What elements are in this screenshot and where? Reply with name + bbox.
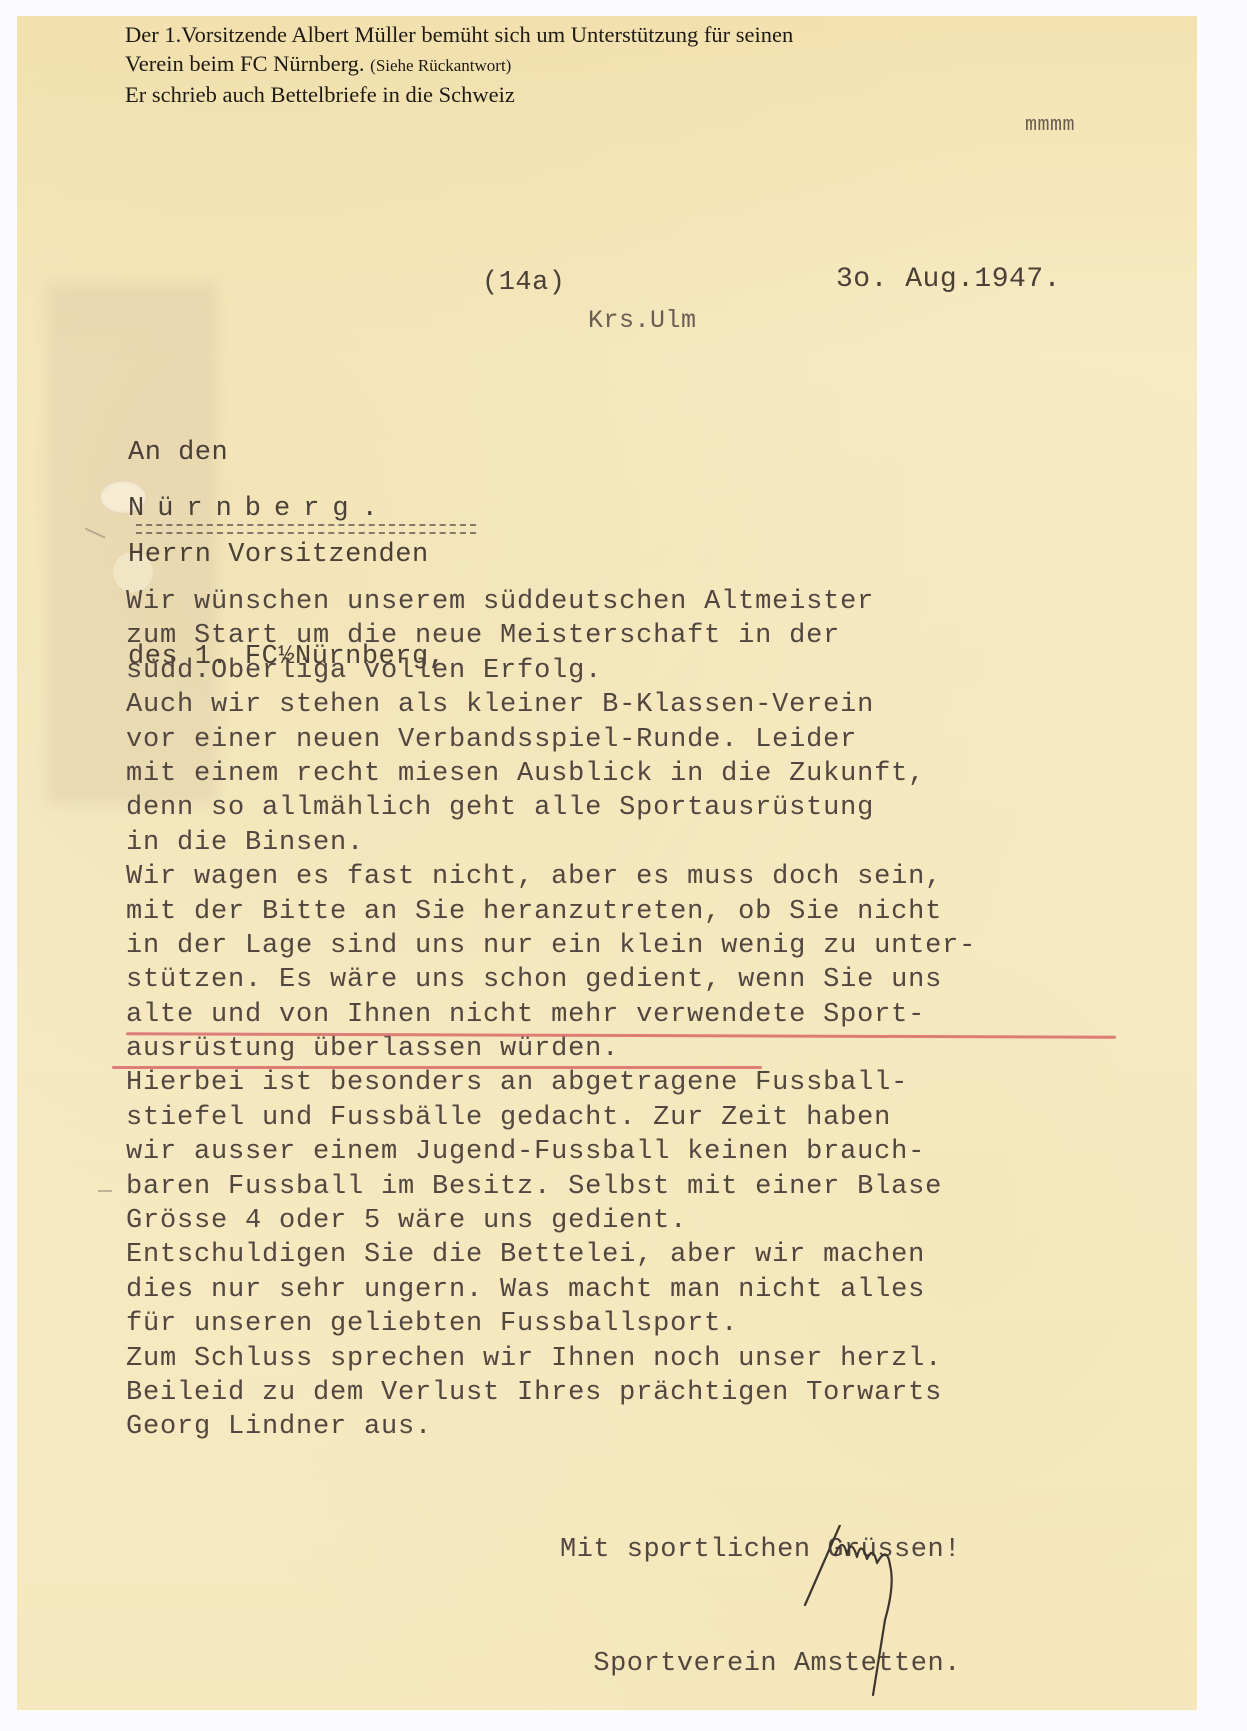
- initials-mark: mmmm: [1025, 114, 1075, 137]
- caption-reply-note: (Siehe Rückantwort): [370, 56, 511, 75]
- red-underline: [112, 1066, 762, 1069]
- body-line: mit der Bitte an Sie heranzutreten, ob S…: [126, 895, 976, 929]
- recipient-city: Nürnberg.: [128, 494, 391, 524]
- body-line: zum Start um die neue Meisterschaft in d…: [126, 619, 976, 653]
- body-line: Grösse 4 oder 5 wäre uns gedient.: [126, 1204, 976, 1238]
- city-double-underline: [136, 524, 476, 534]
- body-line: Beileid zu dem Verlust Ihres prächtigen …: [126, 1376, 976, 1410]
- body-line: vor einer neuen Verbandsspiel-Runde. Lei…: [126, 723, 976, 757]
- body-line: Zum Schluss sprechen wir Ihnen noch unse…: [126, 1342, 976, 1376]
- body-line: südd.Oberliga vollen Erfolg.: [126, 654, 976, 688]
- district: Krs.Ulm: [588, 306, 697, 335]
- letter-body: Wir wünschen unserem süddeutschen Altmei…: [126, 585, 976, 1445]
- address-line: Herrn Vorsitzenden: [128, 538, 445, 572]
- letter-date: 3o. Aug.1947.: [836, 264, 1061, 295]
- body-line: baren Fussball im Besitz. Selbst mit ein…: [126, 1170, 976, 1204]
- postcode: (14a): [482, 268, 566, 298]
- margin-tick: [98, 1190, 112, 1192]
- caption-line-1: Der 1.Vorsitzende Albert Müller bemüht s…: [125, 20, 793, 49]
- handwritten-signature: [795, 1525, 955, 1725]
- body-line: wir ausser einem Jugend-Fussball keinen …: [126, 1135, 976, 1169]
- body-line: stiefel und Fussbälle gedacht. Zur Zeit …: [126, 1101, 976, 1135]
- body-line: Georg Lindner aus.: [126, 1410, 976, 1444]
- body-line: Auch wir stehen als kleiner B-Klassen-Ve…: [126, 688, 976, 722]
- body-line: denn so allmählich geht alle Sportausrüs…: [126, 791, 976, 825]
- caption-line-3: Er schrieb auch Bettelbriefe in die Schw…: [125, 80, 793, 109]
- body-line: mit einem recht miesen Ausblick in die Z…: [126, 757, 976, 791]
- body-line: Wir wagen es fast nicht, aber es muss do…: [126, 860, 976, 894]
- body-line: für unseren geliebten Fussballsport.: [126, 1307, 976, 1341]
- archive-caption: Der 1.Vorsitzende Albert Müller bemüht s…: [125, 20, 793, 109]
- body-line: dies nur sehr ungern. Was macht man nich…: [126, 1273, 976, 1307]
- body-line: alte und von Ihnen nicht mehr verwendete…: [126, 998, 976, 1032]
- address-line: An den: [128, 436, 445, 470]
- caption-line-2-main: Verein beim FC Nürnberg.: [125, 51, 370, 76]
- body-line: stützen. Es wäre uns schon gedient, wenn…: [126, 963, 976, 997]
- body-line: in der Lage sind uns nur ein klein wenig…: [126, 929, 976, 963]
- body-line: Wir wünschen unserem süddeutschen Altmei…: [126, 585, 976, 619]
- body-line: Entschuldigen Sie die Bettelei, aber wir…: [126, 1238, 976, 1272]
- body-line: Hierbei ist besonders an abgetragene Fus…: [126, 1066, 976, 1100]
- body-line: in die Binsen.: [126, 826, 976, 860]
- caption-line-2: Verein beim FC Nürnberg. (Siehe Rückantw…: [125, 49, 793, 80]
